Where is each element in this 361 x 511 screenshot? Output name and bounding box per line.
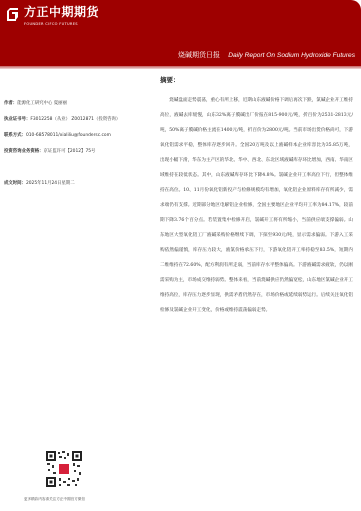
banner-divider [0, 66, 361, 69]
date-label: 成文时间： [4, 181, 26, 186]
logo-icon [6, 8, 19, 21]
date-value: 2025年11月24日星期二 [26, 181, 75, 186]
company-name-cn: 方正中期期货 [24, 6, 99, 19]
report-title-cn: 烧碱期货日报 [178, 51, 220, 59]
license-line: 执业证书号：F3012258（从业） Z0012871（投资咨询） [4, 116, 120, 122]
author-label: 作者： [4, 101, 17, 106]
approval-label: 投资咨询业务资格： [4, 149, 44, 154]
company-name-en: FOUNDER CIFCO FUTURES [24, 22, 99, 26]
author-value: 能源化工研究中心 夏丽丽 [17, 101, 67, 106]
contact-value[interactable]: 010-68578011/xialiliu@foundersc.com [26, 133, 111, 138]
approval-value: 京证监许可【2012】75号 [44, 149, 96, 154]
approval-line: 投资咨询业务资格：京证监许可【2012】75号 [4, 148, 95, 154]
author-line: 作者：能源化工研究中心 夏丽丽 [4, 100, 67, 106]
report-title: 烧碱期货日报 Daily Report On Sodium Hydroxide … [178, 50, 355, 60]
date-line: 成文时间：2025年11月24日星期二 [4, 180, 75, 186]
report-title-en: Daily Report On Sodium Hydroxide Futures [228, 52, 355, 59]
license-value: F3012258（从业） Z0012871（投资咨询） [30, 117, 120, 122]
license-label: 执业证书号： [4, 117, 30, 122]
summary-heading: 摘要： [160, 75, 180, 84]
company-logo: 方正中期期货 FOUNDER CIFCO FUTURES [6, 6, 99, 26]
qr-caption: 更多精彩内容请关注方正中期官方微信 [24, 497, 85, 502]
qr-code-icon[interactable] [45, 450, 83, 488]
summary-body: 烧碱盘面走势震荡，重心有所上移，近期山东液碱价格下调后再次下跌，氯碱企业开工维持… [160, 93, 353, 318]
contact-line: 联系方式：010-68578011/xialiliu@foundersc.com [4, 132, 111, 138]
contact-label: 联系方式： [4, 133, 26, 138]
